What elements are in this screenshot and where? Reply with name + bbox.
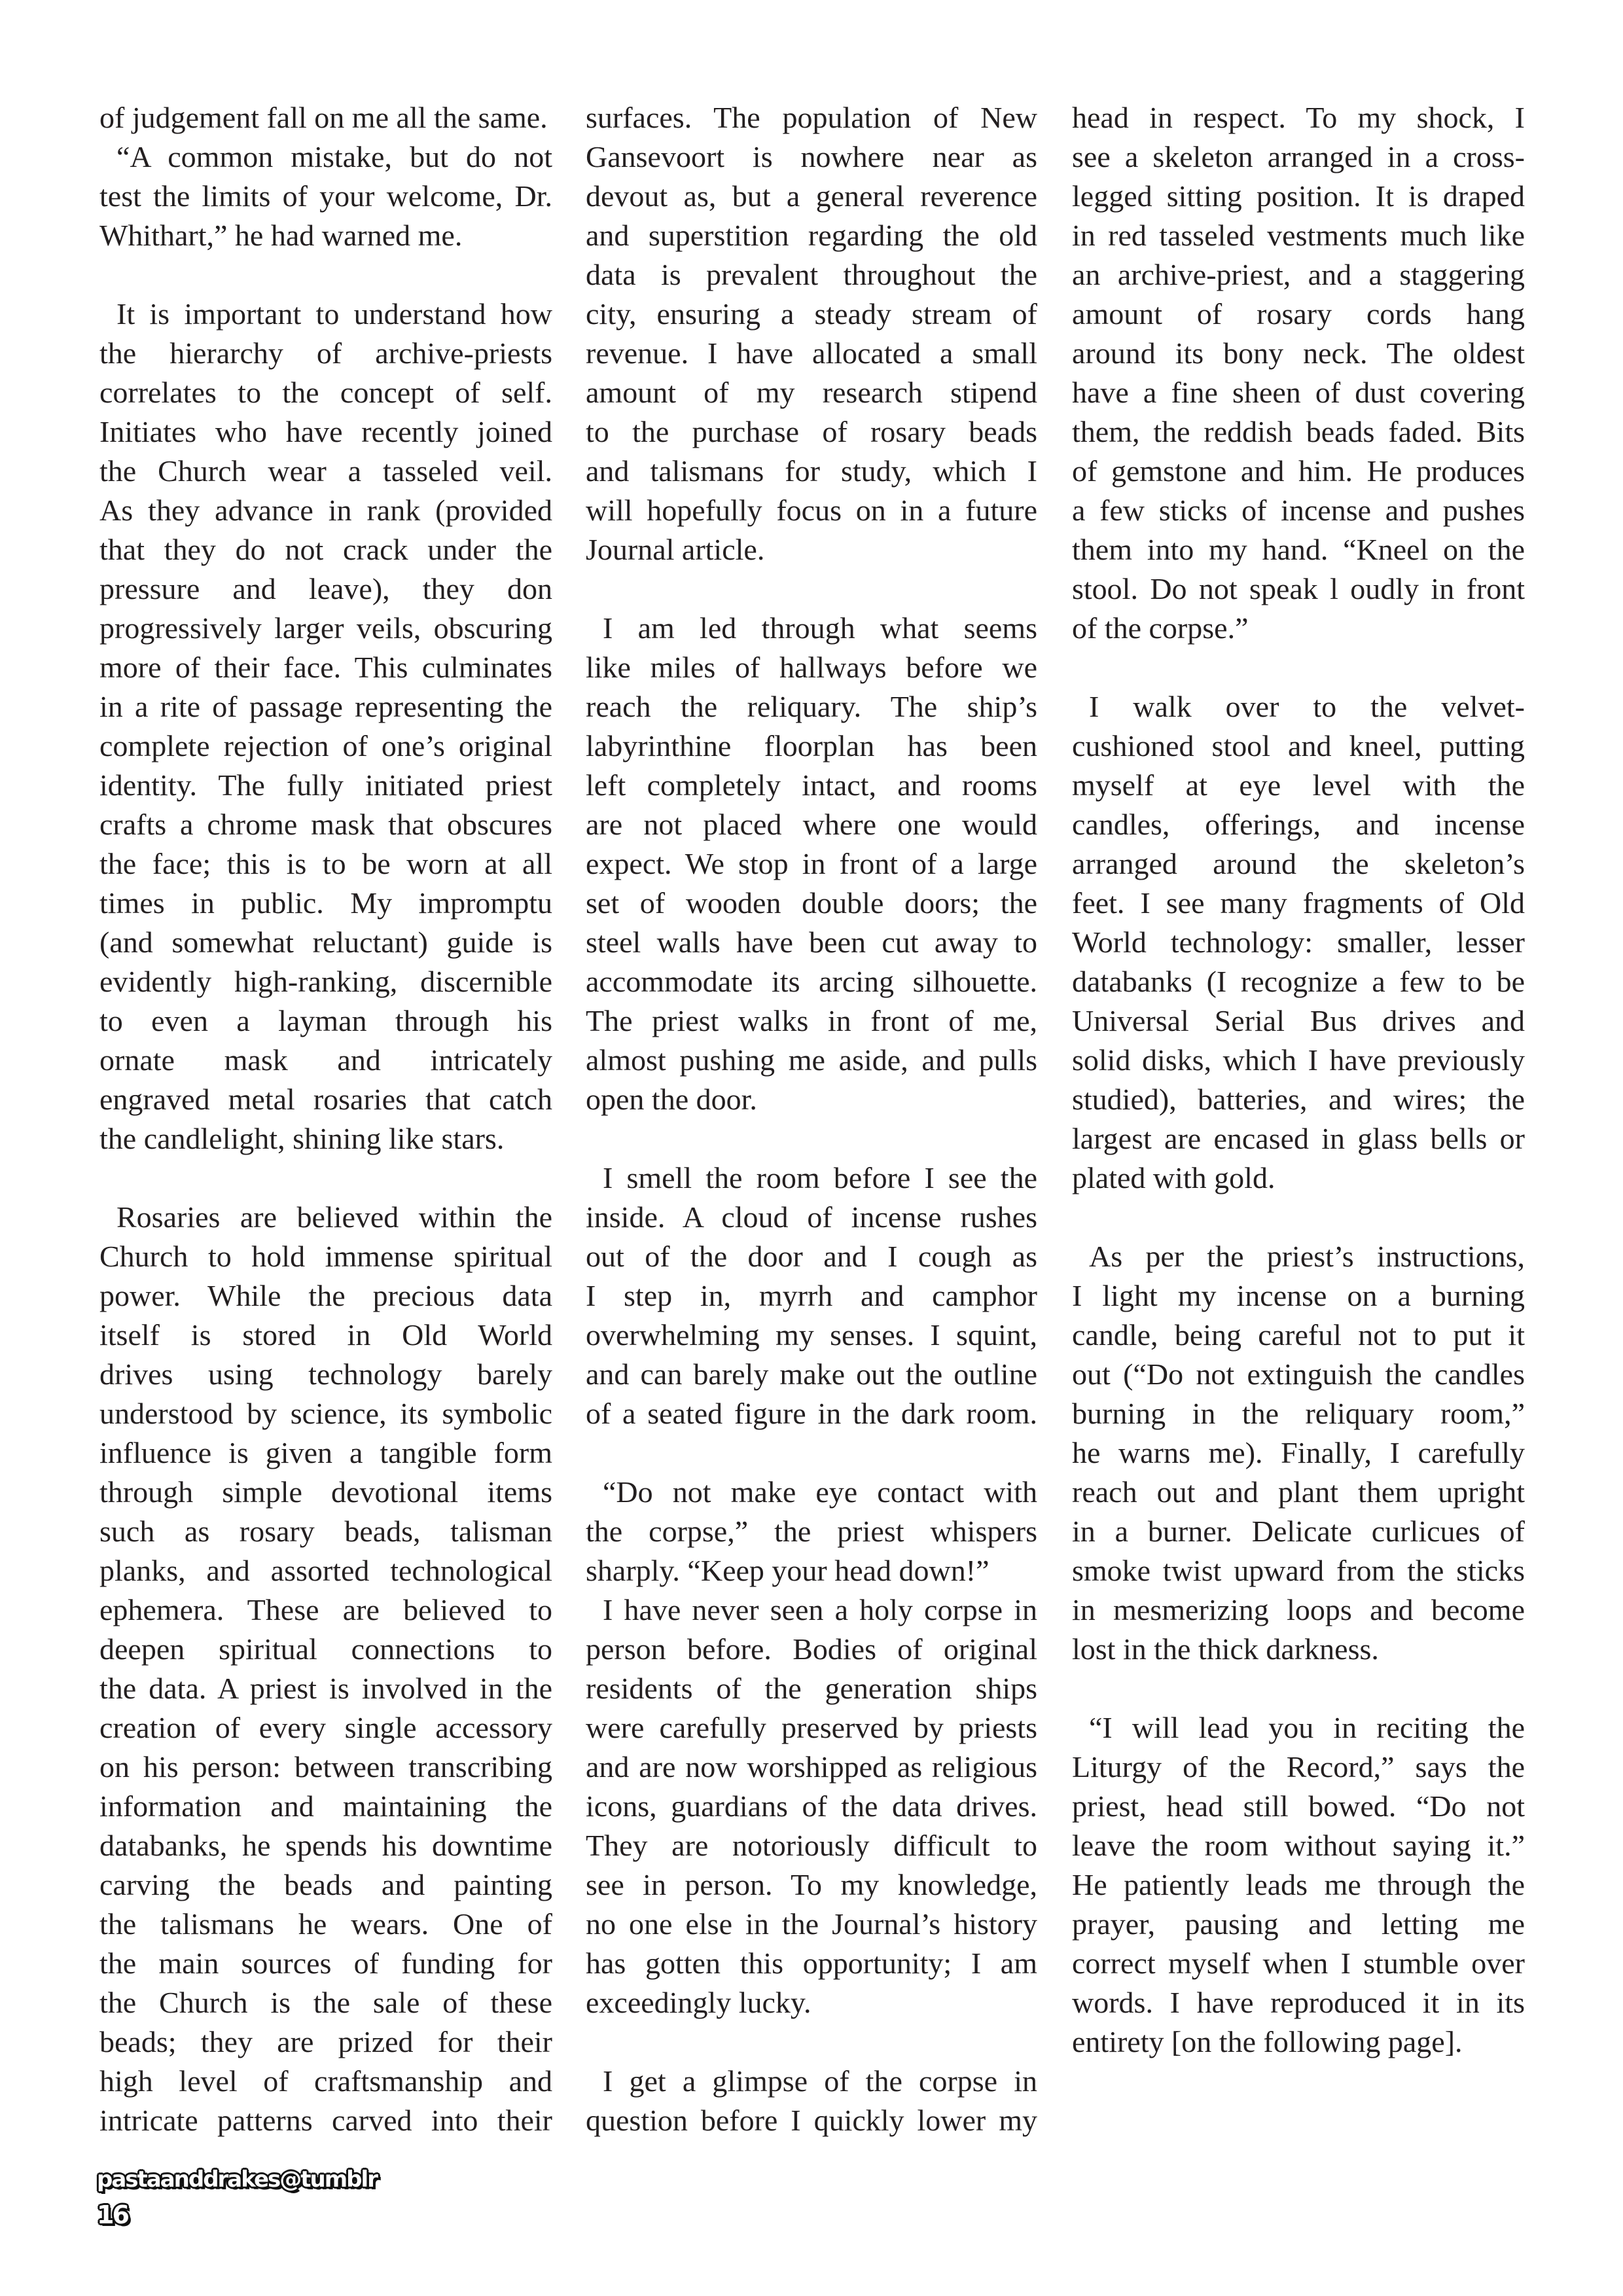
text-line: test the limits of your welcome, Dr.: [99, 177, 552, 216]
text-line: information and maintaining the: [99, 1787, 552, 1826]
text-line-content: Journal article.: [586, 530, 764, 569]
text-line: arranged around the skeleton’s: [1072, 844, 1525, 884]
text-line: amount of rosary cords hang: [1072, 295, 1525, 334]
footer-handle: pastaanddrakes@tumblr: [97, 2165, 377, 2194]
text-line-content: the Church wear a tasseled veil.: [99, 452, 552, 491]
text-line-content: no one else in the Journal’s history: [586, 1905, 1037, 1944]
text-line: them into my hand. “Kneel on the: [1072, 530, 1525, 569]
text-line-content: databanks, he spends his downtime: [99, 1826, 552, 1865]
text-line: progressively larger veils, obscuring: [99, 609, 552, 648]
text-line-content: exceedingly lucky.: [586, 1983, 811, 2022]
text-line: around its bony neck. The oldest: [1072, 334, 1525, 373]
text-line: expect. We stop in front of a large: [586, 844, 1037, 884]
text-line-content: stool. Do not speak l oudly in front: [1072, 569, 1525, 609]
text-line-content: arranged around the skeleton’s: [1072, 844, 1525, 884]
text-line: itself is stored in Old World: [99, 1316, 552, 1355]
text-line-content: and superstition regarding the old: [586, 216, 1037, 255]
text-line-content: through simple devotional items: [99, 1473, 552, 1512]
text-line: open the door.: [586, 1080, 1037, 1119]
text-line: beads; they are prized for their: [99, 2022, 552, 2062]
text-line: lost in the thick darkness.: [1072, 1630, 1525, 1669]
text-line: a few sticks of incense and pushes: [1072, 491, 1525, 530]
text-line: exceedingly lucky.: [586, 1983, 1037, 2022]
text-line: in a rite of passage representing the: [99, 687, 552, 726]
text-line: reach out and plant them upright: [1072, 1473, 1525, 1512]
paragraph-break: [586, 569, 1037, 609]
text-line-content: in mesmerizing loops and become: [1072, 1590, 1525, 1630]
text-line: drives using technology barely: [99, 1355, 552, 1394]
text-line: sharply. “Keep your head down!”: [586, 1551, 1037, 1590]
text-line: the candlelight, shining like stars.: [99, 1119, 552, 1158]
text-line: World technology: smaller, lesser: [1072, 923, 1525, 962]
text-line-content: expect. We stop in front of a large: [586, 844, 1037, 884]
text-line-content: feet. I see many fragments of Old: [1072, 884, 1525, 923]
text-line-content: revenue. I have allocated a small: [586, 334, 1037, 373]
text-line-content: he warns me). Finally, I carefully: [1072, 1433, 1525, 1473]
text-line: Church to hold immense spiritual: [99, 1237, 552, 1276]
text-line-content: Initiates who have recently joined: [99, 412, 552, 452]
text-line: candles, offerings, and incense: [1072, 805, 1525, 844]
page-footer: pastaanddrakes@tumblr 16: [97, 2165, 377, 2232]
text-line: the data. A priest is involved in the: [99, 1669, 552, 1708]
text-line: reach the reliquary. The ship’s: [586, 687, 1037, 726]
text-line-content: He patiently leads me through the: [1072, 1865, 1525, 1905]
text-line: through simple devotional items: [99, 1473, 552, 1512]
text-line-content: I step in, myrrh and camphor: [586, 1276, 1037, 1316]
text-line-content: ornate mask and intricately: [99, 1041, 552, 1080]
text-line: almost pushing me aside, and pulls: [586, 1041, 1037, 1080]
text-line: amount of my research stipend: [586, 373, 1037, 412]
text-line-content: lost in the thick darkness.: [1072, 1630, 1379, 1669]
text-line-content: “I will lead you in reciting the: [1072, 1708, 1525, 1748]
text-line-content: entirety [on the following page].: [1072, 2022, 1463, 2062]
text-line: have a fine sheen of dust covering: [1072, 373, 1525, 412]
text-line: on his person: between transcribing: [99, 1748, 552, 1787]
text-line-content: pressure and leave), they don: [99, 569, 552, 609]
text-line: and superstition regarding the old: [586, 216, 1037, 255]
text-line-content: sharply. “Keep your head down!”: [586, 1551, 990, 1590]
text-line-content: evidently high-ranking, discernible: [99, 962, 552, 1001]
text-line-content: I get a glimpse of the corpse in: [586, 2062, 1037, 2101]
text-line: priest, head still bowed. “Do not: [1072, 1787, 1525, 1826]
text-line: databanks, he spends his downtime: [99, 1826, 552, 1865]
text-line-content: Gansevoort is nowhere near as: [586, 137, 1037, 177]
text-line: out (“Do not extinguish the candles: [1072, 1355, 1525, 1394]
text-line-content: a few sticks of incense and pushes: [1072, 491, 1525, 530]
text-line: will hopefully focus on in a future: [586, 491, 1037, 530]
text-line: power. While the precious data: [99, 1276, 552, 1316]
text-line-content: solid disks, which I have previously: [1072, 1041, 1525, 1080]
text-line: he warns me). Finally, I carefully: [1072, 1433, 1525, 1473]
text-line-content: reach out and plant them upright: [1072, 1473, 1525, 1512]
text-line-content: complete rejection of one’s original: [99, 726, 552, 766]
text-line-content: Church to hold immense spiritual: [99, 1237, 552, 1276]
text-line: correct myself when I stumble over: [1072, 1944, 1525, 1983]
text-line: the hierarchy of archive-priests: [99, 334, 552, 373]
text-line-content: burning in the reliquary room,”: [1072, 1394, 1525, 1433]
text-line: He patiently leads me through the: [1072, 1865, 1525, 1905]
text-line-content: Liturgy of the Record,” says the: [1072, 1748, 1525, 1787]
text-line-content: the Church is the sale of these: [99, 1983, 552, 2022]
text-line: They are notoriously difficult to: [586, 1826, 1037, 1865]
text-line: an archive-priest, and a staggering: [1072, 255, 1525, 295]
text-line-content: to even a layman through his: [99, 1001, 552, 1041]
text-line: residents of the generation ships: [586, 1669, 1037, 1708]
text-line: ornate mask and intricately: [99, 1041, 552, 1080]
text-line: solid disks, which I have previously: [1072, 1041, 1525, 1080]
text-line: overwhelming my senses. I squint,: [586, 1316, 1037, 1355]
text-line: like miles of hallways before we: [586, 648, 1037, 687]
text-line: out of the door and I cough as: [586, 1237, 1037, 1276]
text-line: steel walls have been cut away to: [586, 923, 1037, 962]
text-line: correlates to the concept of self.: [99, 373, 552, 412]
text-line-content: candles, offerings, and incense: [1072, 805, 1525, 844]
text-line: creation of every single accessory: [99, 1708, 552, 1748]
text-line-content: World technology: smaller, lesser: [1072, 923, 1525, 962]
text-line-content: see in person. To my knowledge,: [586, 1865, 1037, 1905]
text-line: It is important to understand how: [99, 295, 552, 334]
text-line: the Church is the sale of these: [99, 1983, 552, 2022]
text-line-content: amount of rosary cords hang: [1072, 295, 1525, 334]
text-line-content: icons, guardians of the data drives.: [586, 1787, 1037, 1826]
text-line: burning in the reliquary room,”: [1072, 1394, 1525, 1433]
text-line-content: of gemstone and him. He produces: [1072, 452, 1525, 491]
text-line-content: times in public. My impromptu: [99, 884, 552, 923]
text-line-content: high level of craftsmanship and: [99, 2062, 552, 2101]
text-line-content: correct myself when I stumble over: [1072, 1944, 1525, 1983]
text-line-content: and are now worshipped as religious: [586, 1748, 1037, 1787]
text-line: in a burner. Delicate curlicues of: [1072, 1512, 1525, 1551]
text-line: of the corpse.”: [1072, 609, 1525, 648]
paragraph-break: [99, 1158, 552, 1198]
text-line: more of their face. This culminates: [99, 648, 552, 687]
text-line-content: labyrinthine floorplan has been: [586, 726, 1037, 766]
text-line-content: prayer, pausing and letting me: [1072, 1905, 1525, 1944]
text-line-content: the face; this is to be worn at all: [99, 844, 552, 884]
paragraph-break: [1072, 1669, 1525, 1708]
text-line-content: crafts a chrome mask that obscures: [99, 805, 552, 844]
text-line: stool. Do not speak l oudly in front: [1072, 569, 1525, 609]
text-line-content: It is important to understand how: [99, 295, 552, 334]
text-line: myself at eye level with the: [1072, 766, 1525, 805]
text-line-content: Rosaries are believed within the: [99, 1198, 552, 1237]
text-line: accommodate its arcing silhouette.: [586, 962, 1037, 1001]
text-line: of a seated figure in the dark room.: [586, 1394, 1037, 1433]
text-line: the Church wear a tasseled veil.: [99, 452, 552, 491]
text-line: The priest walks in front of me,: [586, 1001, 1037, 1041]
text-line-content: the candlelight, shining like stars.: [99, 1119, 504, 1158]
text-line: and talismans for study, which I: [586, 452, 1037, 491]
text-line: and can barely make out the outline: [586, 1355, 1037, 1394]
text-line-content: intricate patterns carved into their: [99, 2101, 552, 2140]
text-line: identity. The fully initiated priest: [99, 766, 552, 805]
text-column-3: head in respect. To my shock, Isee a ske…: [1072, 98, 1525, 2062]
text-line: the main sources of funding for: [99, 1944, 552, 1983]
text-line: “Do not make eye contact with: [586, 1473, 1037, 1512]
text-line: I get a glimpse of the corpse in: [586, 2062, 1037, 2101]
text-line: city, ensuring a steady stream of: [586, 295, 1037, 334]
text-line-content: inside. A cloud of incense rushes: [586, 1198, 1037, 1237]
text-line: (and somewhat reluctant) guide is: [99, 923, 552, 962]
text-line: high level of craftsmanship and: [99, 2062, 552, 2101]
text-line-content: I light my incense on a burning: [1072, 1276, 1525, 1316]
text-line: leave the room without saying it.”: [1072, 1826, 1525, 1865]
text-line-content: that they do not crack under the: [99, 530, 552, 569]
text-line-content: information and maintaining the: [99, 1787, 552, 1826]
text-line: words. I have reproduced it in its: [1072, 1983, 1525, 2022]
text-line: engraved metal rosaries that catch: [99, 1080, 552, 1119]
text-line-content: As per the priest’s instructions,: [1072, 1237, 1525, 1276]
text-line-content: devout as, but a general reverence: [586, 177, 1037, 216]
text-line-content: them, the reddish beads faded. Bits: [1072, 412, 1525, 452]
text-line: to the purchase of rosary beads: [586, 412, 1037, 452]
text-line: I light my incense on a burning: [1072, 1276, 1525, 1316]
text-line: Initiates who have recently joined: [99, 412, 552, 452]
document-page: of judgement fall on me all the same.“A …: [0, 0, 1623, 2296]
page-number: 16: [97, 2198, 377, 2232]
text-line-content: They are notoriously difficult to: [586, 1826, 1037, 1865]
text-line-content: of the corpse.”: [1072, 609, 1249, 648]
text-line-content: smoke twist upward from the sticks: [1072, 1551, 1525, 1590]
text-line-content: set of wooden double doors; the: [586, 884, 1037, 923]
text-line-content: ephemera. These are believed to: [99, 1590, 552, 1630]
text-line-content: city, ensuring a steady stream of: [586, 295, 1037, 334]
text-line: person before. Bodies of original: [586, 1630, 1037, 1669]
text-line: studied), batteries, and wires; the: [1072, 1080, 1525, 1119]
text-line: evidently high-ranking, discernible: [99, 962, 552, 1001]
text-line: devout as, but a general reverence: [586, 177, 1037, 216]
text-line: I am led through what seems: [586, 609, 1037, 648]
text-line: see a skeleton arranged in a cross-: [1072, 137, 1525, 177]
text-line-content: out (“Do not extinguish the candles: [1072, 1355, 1525, 1394]
text-line: entirety [on the following page].: [1072, 2022, 1525, 2062]
paragraph-break: [586, 1433, 1037, 1473]
text-line-content: leave the room without saying it.”: [1072, 1826, 1525, 1865]
text-line: question before I quickly lower my: [586, 2101, 1037, 2140]
text-line-content: to the purchase of rosary beads: [586, 412, 1037, 452]
text-line: Journal article.: [586, 530, 1037, 569]
text-line-content: priest, head still bowed. “Do not: [1072, 1787, 1525, 1826]
text-line-content: will hopefully focus on in a future: [586, 491, 1037, 530]
text-line-content: Whithart,” he had warned me.: [99, 216, 462, 255]
text-line-content: I walk over to the velvet-: [1072, 687, 1525, 726]
text-line-content: reach the reliquary. The ship’s: [586, 687, 1037, 726]
text-line-content: creation of every single accessory: [99, 1708, 552, 1748]
text-line: icons, guardians of the data drives.: [586, 1787, 1037, 1826]
text-line-content: the talismans he wears. One of: [99, 1905, 552, 1944]
text-line-content: an archive-priest, and a staggering: [1072, 255, 1525, 295]
text-line-content: engraved metal rosaries that catch: [99, 1080, 552, 1119]
text-line: see in person. To my knowledge,: [586, 1865, 1037, 1905]
text-line: left completely intact, and rooms: [586, 766, 1037, 805]
text-line-content: deepen spiritual connections to: [99, 1630, 552, 1669]
text-line-content: and can barely make out the outline: [586, 1355, 1037, 1394]
text-line: to even a layman through his: [99, 1001, 552, 1041]
text-line: intricate patterns carved into their: [99, 2101, 552, 2140]
text-line: has gotten this opportunity; I am: [586, 1944, 1037, 1983]
text-line: the talismans he wears. One of: [99, 1905, 552, 1944]
text-line-content: question before I quickly lower my: [586, 2101, 1037, 2140]
text-line: databanks (I recognize a few to be: [1072, 962, 1525, 1001]
text-column-1: of judgement fall on me all the same.“A …: [99, 98, 552, 2140]
text-line-content: has gotten this opportunity; I am: [586, 1944, 1037, 1983]
text-line-content: residents of the generation ships: [586, 1669, 1037, 1708]
text-line-content: myself at eye level with the: [1072, 766, 1525, 805]
paragraph-break: [1072, 1198, 1525, 1237]
text-line-content: The priest walks in front of me,: [586, 1001, 1037, 1041]
text-line-content: power. While the precious data: [99, 1276, 552, 1316]
text-line: them, the reddish beads faded. Bits: [1072, 412, 1525, 452]
text-line: were carefully preserved by priests: [586, 1708, 1037, 1748]
text-line-content: planks, and assorted technological: [99, 1551, 552, 1590]
text-line: revenue. I have allocated a small: [586, 334, 1037, 373]
text-line-content: surfaces. The population of New: [586, 98, 1037, 137]
text-line-content: the corpse,” the priest whispers: [586, 1512, 1037, 1551]
text-line: I step in, myrrh and camphor: [586, 1276, 1037, 1316]
text-line-content: drives using technology barely: [99, 1355, 552, 1394]
text-line-content: in a burner. Delicate curlicues of: [1072, 1512, 1525, 1551]
text-line-content: “A common mistake, but do not: [99, 137, 552, 177]
text-line: “A common mistake, but do not: [99, 137, 552, 177]
text-line-content: correlates to the concept of self.: [99, 373, 552, 412]
text-line: the corpse,” the priest whispers: [586, 1512, 1037, 1551]
text-line-content: such as rosary beads, talisman: [99, 1512, 552, 1551]
text-line: of gemstone and him. He produces: [1072, 452, 1525, 491]
text-line-content: were carefully preserved by priests: [586, 1708, 1037, 1748]
text-line-content: like miles of hallways before we: [586, 648, 1037, 687]
text-line: crafts a chrome mask that obscures: [99, 805, 552, 844]
text-line: I walk over to the velvet-: [1072, 687, 1525, 726]
text-line-content: progressively larger veils, obscuring: [99, 609, 552, 648]
text-line-content: the main sources of funding for: [99, 1944, 552, 1983]
text-line-content: test the limits of your welcome, Dr.: [99, 177, 552, 216]
paragraph-break: [99, 255, 552, 295]
text-line-content: in a rite of passage representing the: [99, 687, 552, 726]
text-line: set of wooden double doors; the: [586, 884, 1037, 923]
text-line: plated with gold.: [1072, 1158, 1525, 1198]
text-line-content: (and somewhat reluctant) guide is: [99, 923, 552, 962]
text-line: cushioned stool and kneel, putting: [1072, 726, 1525, 766]
text-line-content: As they advance in rank (provided: [99, 491, 552, 530]
text-line-content: data is prevalent throughout the: [586, 255, 1037, 295]
text-line-content: cushioned stool and kneel, putting: [1072, 726, 1525, 766]
text-line-content: itself is stored in Old World: [99, 1316, 552, 1355]
text-line: Gansevoort is nowhere near as: [586, 137, 1037, 177]
text-line-content: of judgement fall on me all the same.: [99, 98, 548, 137]
text-line-content: overwhelming my senses. I squint,: [586, 1316, 1037, 1355]
text-line-content: the data. A priest is involved in the: [99, 1669, 552, 1708]
text-line: feet. I see many fragments of Old: [1072, 884, 1525, 923]
text-line-content: see a skeleton arranged in a cross-: [1072, 137, 1525, 177]
text-line: no one else in the Journal’s history: [586, 1905, 1037, 1944]
text-line: in mesmerizing loops and become: [1072, 1590, 1525, 1630]
text-line: Whithart,” he had warned me.: [99, 216, 552, 255]
text-line-content: influence is given a tangible form: [99, 1433, 552, 1473]
text-line-content: candle, being careful not to put it: [1072, 1316, 1525, 1355]
text-line: candle, being careful not to put it: [1072, 1316, 1525, 1355]
text-line: Liturgy of the Record,” says the: [1072, 1748, 1525, 1787]
text-line-content: open the door.: [586, 1080, 757, 1119]
text-line-content: almost pushing me aside, and pulls: [586, 1041, 1037, 1080]
text-line: planks, and assorted technological: [99, 1551, 552, 1590]
text-line: largest are encased in glass bells or: [1072, 1119, 1525, 1158]
text-line-content: carving the beads and painting: [99, 1865, 552, 1905]
text-line-content: and talismans for study, which I: [586, 452, 1037, 491]
text-line: such as rosary beads, talisman: [99, 1512, 552, 1551]
text-line: Rosaries are believed within the: [99, 1198, 552, 1237]
text-line-content: person before. Bodies of original: [586, 1630, 1037, 1669]
text-line: complete rejection of one’s original: [99, 726, 552, 766]
text-line: pressure and leave), they don: [99, 569, 552, 609]
text-line-content: amount of my research stipend: [586, 373, 1037, 412]
text-line-content: are not placed where one would: [586, 805, 1037, 844]
paragraph-break: [1072, 648, 1525, 687]
text-line-content: legged sitting position. It is draped: [1072, 177, 1525, 216]
text-line: ephemera. These are believed to: [99, 1590, 552, 1630]
text-line: and are now worshipped as religious: [586, 1748, 1037, 1787]
text-line: understood by science, its symbolic: [99, 1394, 552, 1433]
text-line-content: out of the door and I cough as: [586, 1237, 1037, 1276]
text-line: Universal Serial Bus drives and: [1072, 1001, 1525, 1041]
text-line-content: accommodate its arcing silhouette.: [586, 962, 1037, 1001]
text-line-content: around its bony neck. The oldest: [1072, 334, 1525, 373]
text-line: inside. A cloud of incense rushes: [586, 1198, 1037, 1237]
text-line: are not placed where one would: [586, 805, 1037, 844]
text-line: in red tasseled vestments much like: [1072, 216, 1525, 255]
text-line-content: steel walls have been cut away to: [586, 923, 1037, 962]
text-line-content: beads; they are prized for their: [99, 2022, 552, 2062]
text-line-content: I have never seen a holy corpse in: [586, 1590, 1037, 1630]
text-line-content: left completely intact, and rooms: [586, 766, 1037, 805]
text-line: that they do not crack under the: [99, 530, 552, 569]
text-line: labyrinthine floorplan has been: [586, 726, 1037, 766]
text-line-content: largest are encased in glass bells or: [1072, 1119, 1525, 1158]
text-line-content: words. I have reproduced it in its: [1072, 1983, 1525, 2022]
text-line: times in public. My impromptu: [99, 884, 552, 923]
text-line-content: Universal Serial Bus drives and: [1072, 1001, 1525, 1041]
text-line: carving the beads and painting: [99, 1865, 552, 1905]
text-line: I have never seen a holy corpse in: [586, 1590, 1037, 1630]
text-line: I smell the room before I see the: [586, 1158, 1037, 1198]
text-line-content: the hierarchy of archive-priests: [99, 334, 552, 373]
text-line: head in respect. To my shock, I: [1072, 98, 1525, 137]
text-line-content: more of their face. This culminates: [99, 648, 552, 687]
text-line: As per the priest’s instructions,: [1072, 1237, 1525, 1276]
text-line: As they advance in rank (provided: [99, 491, 552, 530]
text-line-content: head in respect. To my shock, I: [1072, 98, 1525, 137]
text-line-content: identity. The fully initiated priest: [99, 766, 552, 805]
text-line: legged sitting position. It is draped: [1072, 177, 1525, 216]
text-line: surfaces. The population of New: [586, 98, 1037, 137]
text-line: influence is given a tangible form: [99, 1433, 552, 1473]
paragraph-break: [586, 2022, 1037, 2062]
text-line: prayer, pausing and letting me: [1072, 1905, 1525, 1944]
text-line-content: on his person: between transcribing: [99, 1748, 552, 1787]
text-line-content: have a fine sheen of dust covering: [1072, 373, 1525, 412]
text-column-2: surfaces. The population of NewGansevoor…: [586, 98, 1037, 2140]
text-line-content: plated with gold.: [1072, 1158, 1275, 1198]
text-line-content: I am led through what seems: [586, 609, 1037, 648]
text-line-content: I smell the room before I see the: [586, 1158, 1037, 1198]
text-line-content: “Do not make eye contact with: [586, 1473, 1037, 1512]
text-line: deepen spiritual connections to: [99, 1630, 552, 1669]
text-line-content: understood by science, its symbolic: [99, 1394, 552, 1433]
text-line-content: of a seated figure in the dark room.: [586, 1394, 1037, 1433]
text-line-content: databanks (I recognize a few to be: [1072, 962, 1525, 1001]
paragraph-break: [586, 1119, 1037, 1158]
text-line: of judgement fall on me all the same.: [99, 98, 552, 137]
text-line: the face; this is to be worn at all: [99, 844, 552, 884]
